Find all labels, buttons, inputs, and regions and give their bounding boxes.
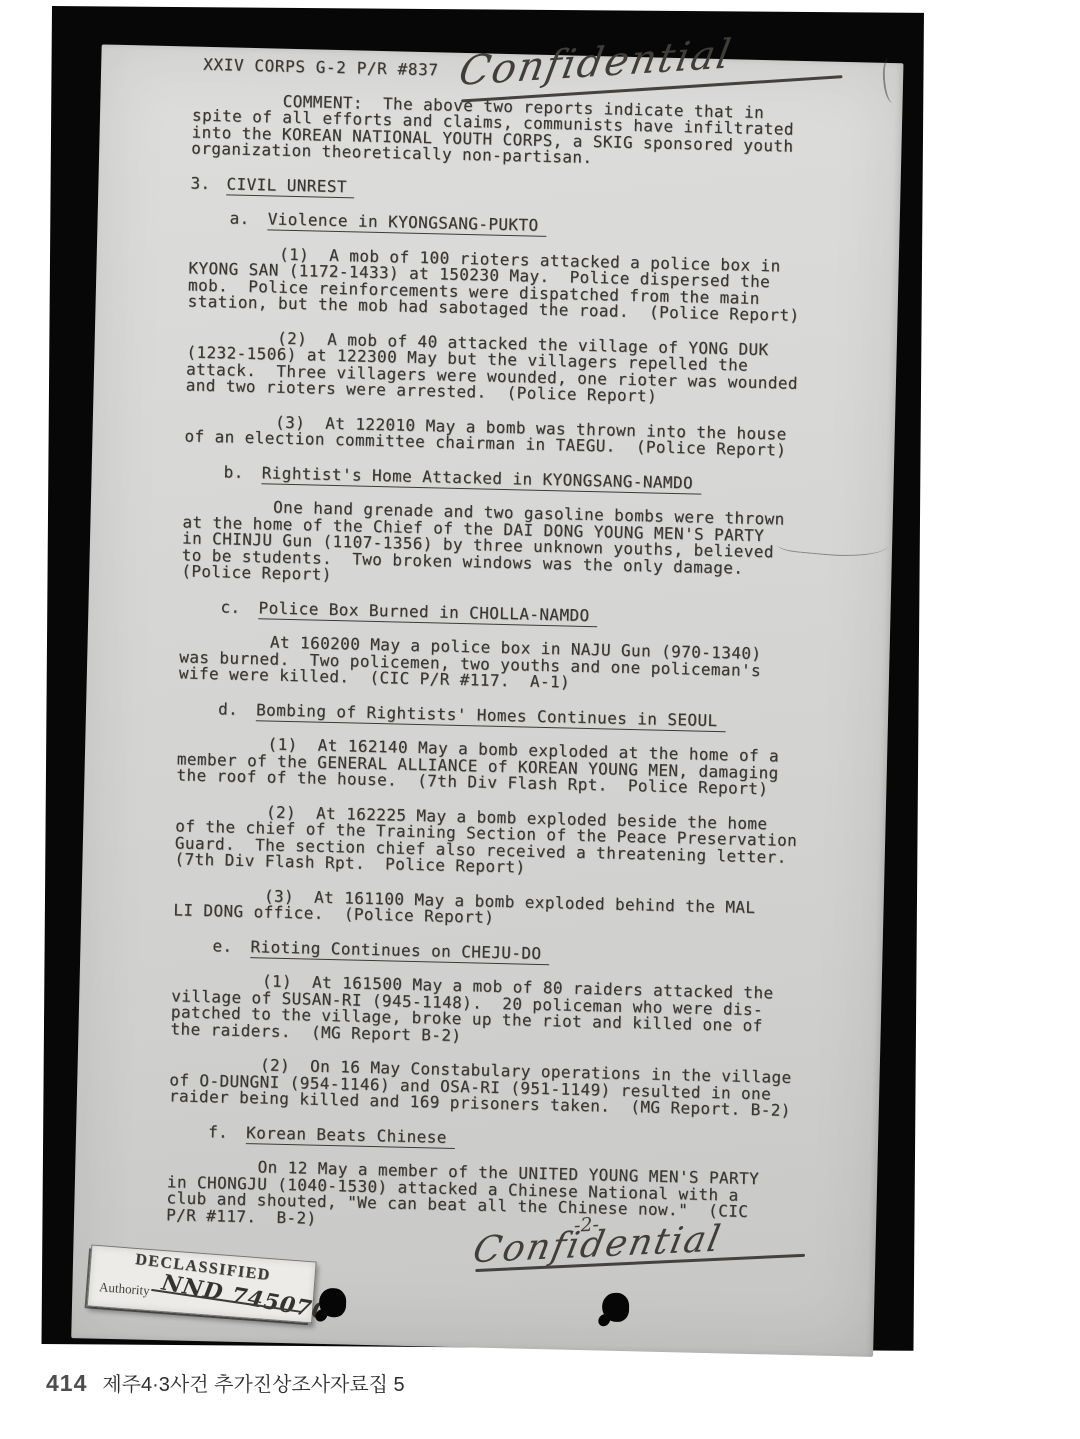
paragraph: (2) At 162225 May a bomb exploded beside…: [174, 802, 823, 883]
paper-corner-fold: [881, 56, 901, 103]
paragraph: (2) A mob of 40 attacked the village of …: [185, 328, 834, 409]
paragraph: At 160200 May a police box in NAJU Gun (…: [179, 632, 828, 697]
declassified-stamp: DECLASSIFIED Authority NND 745070: [87, 1244, 317, 1323]
stamp-authority-label: Authority: [99, 1279, 151, 1298]
paragraph: (1) At 162140 May a bomb exploded at the…: [176, 734, 825, 799]
punch-hole-right-icon: [602, 1293, 630, 1323]
paragraph: One hand grenade and two gasoline bombs …: [181, 497, 831, 595]
section-title: CIVIL UNREST: [226, 174, 355, 198]
subsection-letter: c.: [220, 597, 241, 616]
paragraph: (1) A mob of 100 rioters attacked a poli…: [187, 244, 836, 325]
subsection-title: Korean Beats Chinese: [246, 1123, 455, 1149]
subsection-title: Rioting Continues on CHEJU-DO: [250, 937, 549, 965]
subsection-heading-c: c.Police Box Burned in CHOLLA-NAMDO: [180, 598, 828, 630]
subsection-heading-e: e.Rioting Continues on CHEJU-DO: [172, 937, 820, 969]
document-paper: XXIV CORPS G-2 P/R #837 COMMENT: The abo…: [71, 44, 903, 1357]
subsection-heading-b: b.Rightist's Home Attacked in KYONGSANG-…: [183, 463, 831, 495]
subsection-letter: e.: [212, 936, 233, 955]
punch-hole-left-icon: [319, 1288, 347, 1318]
paragraph: (2) On 16 May Constabulary operations in…: [169, 1055, 818, 1120]
comment-paragraph: COMMENT: The above two reports indicate …: [191, 91, 840, 172]
subsection-letter: f.: [208, 1122, 229, 1141]
section-number: 3.: [190, 173, 211, 192]
subsection-title: Bombing of Rightists' Homes Continues in…: [256, 700, 726, 732]
paragraph: (3) At 161100 May a bomb exploded behind…: [173, 886, 822, 934]
caption-title: 제주4·3사건 추가진상조사자료집 5: [102, 1374, 404, 1396]
typewritten-column: XXIV CORPS G-2 P/R #837 COMMENT: The abo…: [166, 57, 841, 1239]
subsection-heading-a: a.Violence in KYONGSANG-PUKTO: [189, 210, 837, 242]
scan-background: XXIV CORPS G-2 P/R #837 COMMENT: The abo…: [41, 6, 923, 1351]
paragraph: (1) At 161500 May a mob of 80 raiders at…: [170, 971, 819, 1052]
subsection-title: Police Box Burned in CHOLLA-NAMDO: [258, 598, 597, 627]
caption-page-number: 414: [46, 1370, 87, 1396]
subsection-letter: a.: [229, 208, 250, 227]
section-heading: 3.CIVIL UNREST: [190, 175, 838, 207]
subsection-title: Rightist's Home Attacked in KYONGSANG-NA…: [261, 463, 701, 494]
page-caption: 414제주4·3사건 추가진상조사자료집 5: [46, 1368, 405, 1397]
subsection-heading-f: f.Korean Beats Chinese: [168, 1123, 816, 1155]
subsection-letter: b.: [223, 462, 244, 481]
subsection-heading-d: d.Bombing of Rightists' Homes Continues …: [178, 700, 826, 732]
subsection-letter: d.: [218, 699, 239, 718]
subsection-title: Violence in KYONGSANG-PUKTO: [267, 209, 546, 237]
paragraph: (3) At 122010 May a bomb was thrown into…: [184, 412, 833, 460]
